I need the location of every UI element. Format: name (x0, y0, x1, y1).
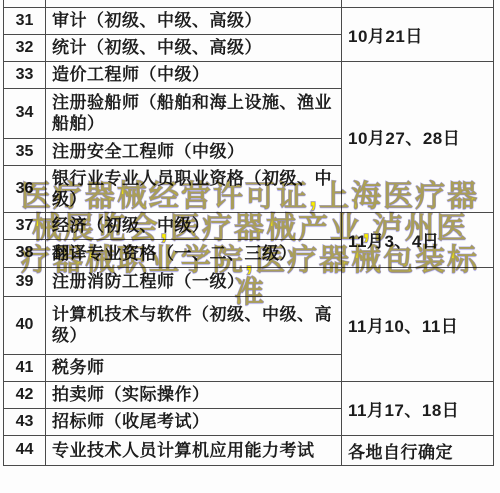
table-row: 33 造价工程师（中级） 10月27、28日 (4, 61, 494, 88)
row-number-cell: 39 (4, 267, 46, 296)
exam-schedule-page: 31 审计（初级、中级、高级） 10月21日 32 统计（初级、中级、高级） 3… (0, 0, 500, 493)
row-number-cell: 35 (4, 138, 46, 165)
table-row-remnant (4, 0, 494, 7)
exam-schedule-table: 31 审计（初级、中级、高级） 10月21日 32 统计（初级、中级、高级） 3… (3, 0, 494, 466)
table-row: 37 经济（初级、中级） 11月3、4日 (4, 212, 494, 239)
exam-name-cell: 造价工程师（中级） (46, 61, 342, 88)
exam-name-cell: 计算机技术与软件（初级、中级、高级） (46, 296, 342, 354)
exam-name-cell: 专业技术人员计算机应用能力考试 (46, 435, 342, 465)
exam-date-cell: 10月27、28日 (342, 61, 494, 212)
exam-date-cell: 11月3、4日 (342, 212, 494, 267)
row-number-cell: 36 (4, 165, 46, 212)
exam-name-cell: 统计（初级、中级、高级） (46, 34, 342, 61)
row-number-cell: 40 (4, 296, 46, 354)
table-row: 31 审计（初级、中级、高级） 10月21日 (4, 7, 494, 34)
exam-name-cell: 注册验船师（船舶和海上设施、渔业船舶） (46, 88, 342, 138)
row-number-cell: 33 (4, 61, 46, 88)
exam-date-cell: 10月21日 (342, 7, 494, 61)
exam-date-cell (342, 0, 494, 7)
row-number-cell: 41 (4, 354, 46, 381)
table-row: 44 专业技术人员计算机应用能力考试 各地自行确定 (4, 435, 494, 465)
exam-name-cell: 银行业专业人员职业资格（初级、中级） (46, 165, 342, 212)
row-number-cell: 43 (4, 408, 46, 435)
exam-name-cell: 审计（初级、中级、高级） (46, 7, 342, 34)
exam-name-cell: 翻译专业资格（一、二、三级） (46, 239, 342, 267)
exam-name-cell: 注册安全工程师（中级） (46, 138, 342, 165)
exam-date-cell: 11月17、18日 (342, 381, 494, 435)
table-row: 39 注册消防工程师（一级） 11月10、11日 (4, 267, 494, 296)
row-number-cell: 38 (4, 239, 46, 267)
exam-date-cell: 各地自行确定 (342, 435, 494, 465)
exam-name-cell: 税务师 (46, 354, 342, 381)
row-number-cell: 44 (4, 435, 46, 465)
exam-name-cell: 拍卖师（实际操作） (46, 381, 342, 408)
table-row: 42 拍卖师（实际操作） 11月17、18日 (4, 381, 494, 408)
row-number-cell: 34 (4, 88, 46, 138)
exam-name-cell: 招标师（收尾考试） (46, 408, 342, 435)
exam-name-cell (46, 0, 342, 7)
row-number-cell: 42 (4, 381, 46, 408)
row-number-cell (4, 0, 46, 7)
exam-date-cell: 11月10、11日 (342, 267, 494, 381)
exam-name-cell: 经济（初级、中级） (46, 212, 342, 239)
row-number-cell: 37 (4, 212, 46, 239)
row-number-cell: 31 (4, 7, 46, 34)
exam-name-cell: 注册消防工程师（一级） (46, 267, 342, 296)
row-number-cell: 32 (4, 34, 46, 61)
